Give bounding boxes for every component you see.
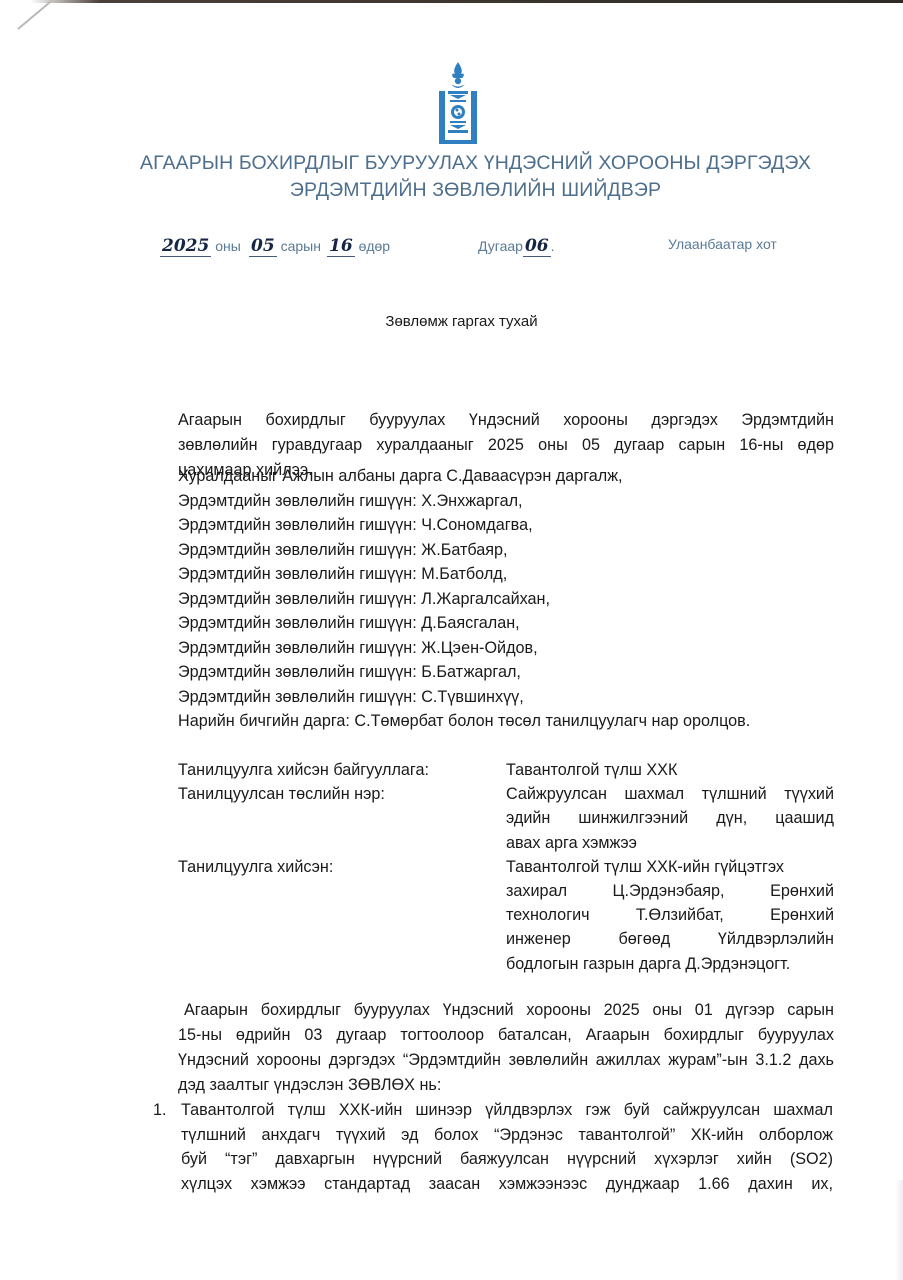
attendee-item: Эрдэмтдийн зөвлөлийн гишүүн: Л.Жаргалсай… xyxy=(178,587,750,612)
document-title: ЭРДЭМТДИЙН ЗӨВЛӨЛИЙН ШИЙДВЭР xyxy=(24,179,903,202)
introduction-info: Танилцуулга хийсэн байгууллага: Тавантол… xyxy=(178,758,838,976)
number-label: Дугаар xyxy=(478,238,523,254)
attendee-item: Эрдэмтдийн зөвлөлийн гишүүн: Д.Баясгалан… xyxy=(178,611,750,636)
attendee-item: Нарийн бичгийн дарга: С.Төмөрбат болон т… xyxy=(178,709,750,734)
attendee-item: Хуралдааныг Ажлын албаны дарга С.Даваасү… xyxy=(178,464,750,489)
info-value: Тавантолгой түлш ХХК-ийн гүйцэтгэх захир… xyxy=(506,855,834,976)
intro-line: зөвлөлийн гуравдугаар хуралдааныг 2025 о… xyxy=(178,433,834,458)
info-label: Танилцуулга хийсэн байгууллага: xyxy=(178,758,429,782)
info-value: Тавантолгой түлш ХХК xyxy=(506,758,834,782)
number-field: Дугаар06. xyxy=(478,236,555,256)
attendee-item: Эрдэмтдийн зөвлөлийн гишүүн: Ж.Батбаяр, xyxy=(178,538,750,563)
dateline: 2025 оны 05 сарын 16 өдөр Дугаар06. Улаа… xyxy=(160,234,800,262)
month-suffix: сарын xyxy=(281,238,321,254)
subject-heading: Зөвлөмж гаргах тухай xyxy=(0,313,903,330)
mongolia-state-emblem-icon xyxy=(438,62,478,144)
info-label: Танилцуулга хийсэн: xyxy=(178,855,333,879)
month-field: 05 сарын xyxy=(249,236,321,256)
attendee-item: Эрдэмтдийн зөвлөлийн гишүүн: Ж.Цэен-Ойдо… xyxy=(178,636,750,661)
attendee-item: Эрдэмтдийн зөвлөлийн гишүүн: С.Түвшинхүү… xyxy=(178,685,750,710)
attendee-list: Хуралдааныг Ажлын албаны дарга С.Даваасү… xyxy=(178,464,750,734)
info-row-presenters: Танилцуулга хийсэн: Тавантолгой түлш ХХК… xyxy=(178,855,838,976)
attendee-item: Эрдэмтдийн зөвлөлийн гишүүн: М.Батболд, xyxy=(178,562,750,587)
handwritten-day: 16 xyxy=(327,236,355,257)
item-number: 1. xyxy=(153,1098,167,1123)
info-row-organization: Танилцуулга хийсэн байгууллага: Тавантол… xyxy=(178,758,838,782)
issuer-title: АГААРЫН БОХИРДЛЫГ БУУРУУЛАХ ҮНДЭСНИЙ ХОР… xyxy=(24,152,903,175)
attendee-item: Эрдэмтдийн зөвлөлийн гишүүн: Б.Батжаргал… xyxy=(178,660,750,685)
date-field: 2025 оны xyxy=(160,236,241,256)
item-body: Тавантолгой түлш ХХК-ийн шинээр үйлдвэрл… xyxy=(181,1098,833,1196)
basis-paragraph: Агаарын бохирдлыг бууруулах Үндэсний хор… xyxy=(178,998,834,1098)
attendee-item: Эрдэмтдийн зөвлөлийн гишүүн: Х.Энхжаргал… xyxy=(178,489,750,514)
handwritten-month: 05 xyxy=(249,236,277,257)
info-label: Танилцуулсан төслийн нэр: xyxy=(178,782,385,806)
attendee-item: Эрдэмтдийн зөвлөлийн гишүүн: Ч.Сономдагв… xyxy=(178,513,750,538)
scan-top-edge xyxy=(30,0,903,3)
info-value: Сайжруулсан шахмал түлшний түүхий эдийн … xyxy=(506,782,834,855)
day-suffix: өдөр xyxy=(359,238,391,254)
location: Улаанбаатар хот xyxy=(668,236,777,252)
recommendation-item: 1. Тавантолгой түлш ХХК-ийн шинээр үйлдв… xyxy=(153,1098,833,1196)
scan-edge-shadow xyxy=(895,1180,903,1280)
intro-line: Агаарын бохирдлыг бууруулах Үндэсний хор… xyxy=(178,408,834,433)
year-suffix: оны xyxy=(215,238,241,254)
day-field: 16 өдөр xyxy=(327,236,390,256)
handwritten-year: 2025 xyxy=(160,236,211,257)
info-row-project-name: Танилцуулсан төслийн нэр: Сайжруулсан ша… xyxy=(178,782,838,855)
pen-mark xyxy=(17,0,52,30)
handwritten-number: 06 xyxy=(523,236,551,257)
